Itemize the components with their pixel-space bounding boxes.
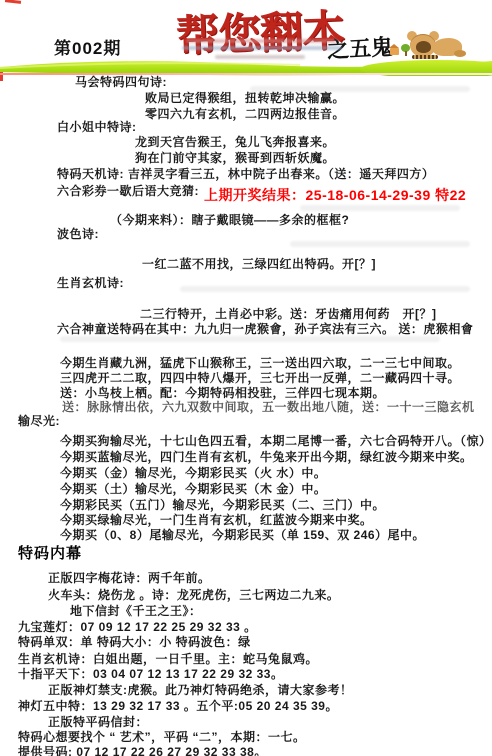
text-line: 正版四字梅花诗：两千年前。 [48, 571, 211, 585]
text-line-shizhi: 十指平天下：03 04 07 12 13 17 22 29 32 33。 [18, 667, 283, 681]
divider-red-line [0, 73, 492, 75]
tiny-house-icon [390, 48, 399, 55]
title-watermark [182, 46, 342, 50]
section-header-tema-neimu: 特码内幕 [18, 547, 82, 561]
text-line: 今期生肖藏九洲，猛虎下山猴称王，三一送出四六取，二一三七中间取。 [60, 356, 460, 370]
text-line: 二三行特开，土肖必中彩。送：牙齿痛用何药 开[？] [140, 307, 437, 321]
scan-ghost [60, 336, 440, 342]
text-line: 今期买（土）输尽光，今期彩民买（木 金）中。 [60, 482, 326, 496]
text-line: 今期买（金）输尽光，今期彩民买（火 水）中。 [60, 466, 326, 480]
text-line-jiubaoliandeng: 九宝莲灯：07 09 12 17 22 25 29 32 33 。 [18, 620, 257, 634]
tiny-tree-icon [401, 44, 410, 56]
text-line: 生肖玄机诗：白姐出题，一日千里。主：蛇马兔鼠鸡。 [18, 652, 318, 666]
scan-ghost [300, 205, 460, 211]
bear-arm [454, 50, 466, 57]
previous-draw-result: 上期开奖结果：25-18-06-14-29-39 特22 [204, 185, 466, 205]
text-line: 狗在门前守其家，猴哥到西斩妖魔。 [135, 151, 335, 165]
section-label-bose-poem: 波色诗: [57, 227, 99, 241]
text-line: 特码心想要找个 “ 艺术”，平码 “二”，本期：一七。 [18, 730, 306, 744]
text-line: 正版特平码信封： [48, 715, 148, 729]
text-line-shendeng: 神灯五中特：13 29 32 17 33 。五个平:05 20 24 35 39… [18, 699, 338, 713]
scan-ghost [290, 241, 470, 247]
text-line: 送：小鸟枝上栖。配：今期特码相投驻，三伴四七现本期。 [60, 386, 385, 400]
text-line: 今期买蓝输尽光，四门生肖有玄机，牛兔来开出今期，绿红波今期来中奖。 [60, 450, 473, 464]
text-line: 三四虎开二二取，四四中特八爆开，三七开出一反弹，二一藏码四十寻。 [60, 371, 460, 385]
text-line-tianji-poem: 特码天机诗: 吉祥灵字看三五，林中院子出春来。（送：遥天拜四方） [57, 167, 434, 181]
tip-sheet-page: 第002期 帮您翻本 之五鬼 马会特码四句诗: 败局已定得猴组，扭转乾 [0, 0, 492, 756]
section-label-shengxiao-poem: 生肖玄机诗: [57, 276, 124, 290]
section-label-shujinguang: 输尽光: [18, 414, 60, 428]
text-line-numbers: 提供号码: 07 12 17 22 26 27 29 32 33 38。 [18, 745, 267, 756]
text-line: 零四六九有玄机，二四两边报佳音。 [145, 107, 345, 121]
text-line-danshuang: 特码单双：单 特码大小：小 特码波色：绿 [18, 635, 251, 649]
text-line: 今期彩民买（五门）输尽光，今期彩民买（二、三门）中。 [60, 498, 385, 512]
scan-ghost [180, 286, 470, 292]
text-line: 地下信封《千王之王》： [70, 604, 202, 618]
text-line: 正版神灯禁支:虎猴。此乃神灯特码绝杀，请大家参考！ [48, 683, 353, 697]
bear-stitches [412, 55, 438, 59]
text-line: 送：脉脉情出依，六九双数中间取，五一数出地八随，送：一十一三隐玄机 [62, 400, 475, 414]
corner-scan-mark [5, 0, 21, 4]
text-line: 一红二蓝不用找，三绿四红出特码。开[？] [142, 257, 376, 271]
section-label-xiehouyu: 六合彩券一歇后语大竞猜: [57, 184, 199, 198]
text-line: 今期买绿输尽光，一门生肖有玄机，红蓝波今期来中奖。 [60, 513, 373, 527]
bear-face [416, 41, 431, 53]
section-label-baixiaojie: 白小姐中特诗: [57, 120, 137, 134]
title-watermark [186, 39, 336, 43]
text-line: 今期买狗输尽光，十七山色四五看，本期二尾博一番，六七合码特开八。（惊） [60, 434, 492, 448]
teddy-bear-icon [388, 26, 478, 66]
section-label-four-line-poem: 马会特码四句诗: [75, 75, 167, 89]
text-line: 六合神童送特码在其中：九九归一虎猴會，孙子宾法有三六。 送：虎猴相會 [57, 322, 473, 336]
text-line: 火车头：烧伤龙 。诗：龙死虎伤，三七两边二九来。 [48, 588, 339, 602]
text-line-laliao: （今期来料）：瞎子戴眼镜——多余的框框? [110, 213, 349, 227]
text-line: 败局已定得猴组，扭转乾坤决输赢。 [145, 91, 345, 105]
text-line: 今期买（0、8）尾输尽光，今期彩民买（单 159、双 246）尾中。 [60, 528, 425, 542]
text-line: 龙到天宫告猴王，兔儿飞奔报喜来。 [135, 135, 335, 149]
